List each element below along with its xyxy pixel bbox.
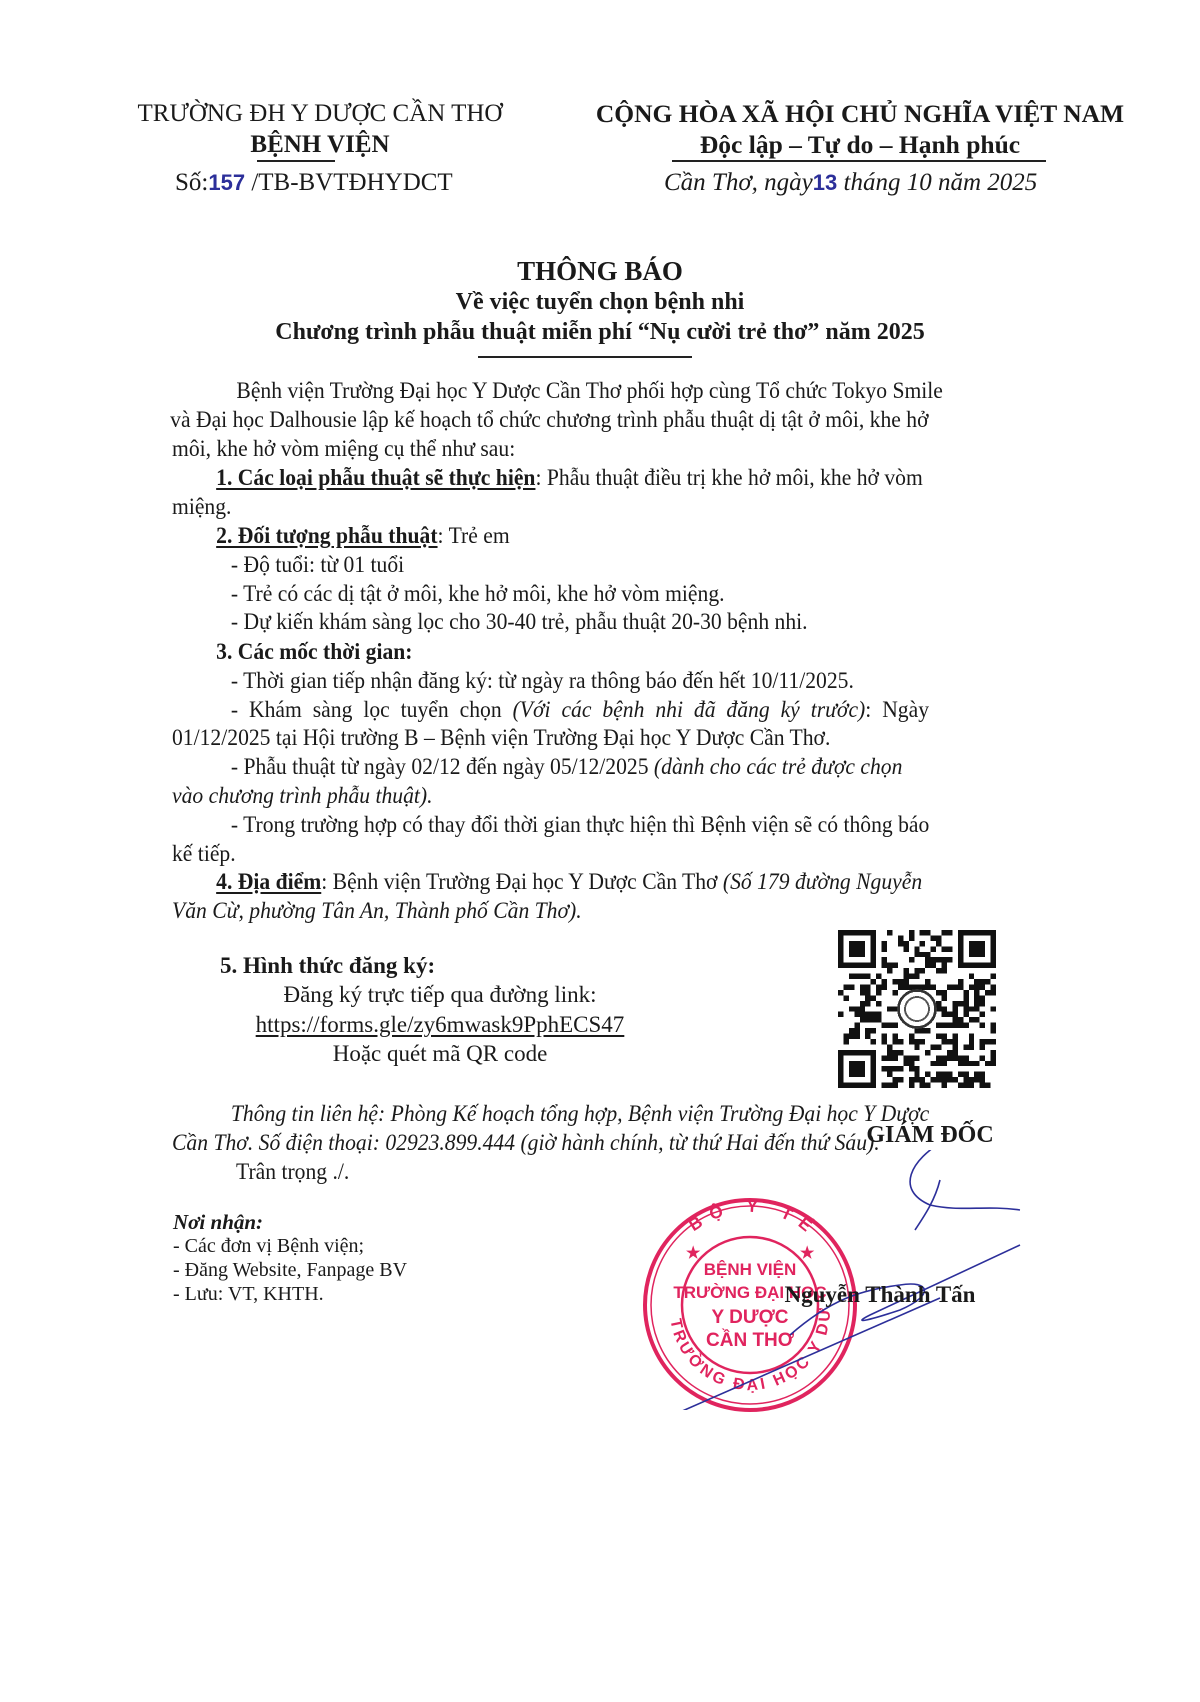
- doc-no-label: Số:: [175, 169, 208, 196]
- intro-line: và Đại học Dalhousie lập kế hoạch tổ chứ…: [170, 406, 1101, 435]
- unit-underline: [257, 160, 335, 162]
- notice-title-block: THÔNG BÁO Về việc tuyển chọn bệnh nhi Ch…: [0, 255, 1200, 347]
- motto-underline: [672, 160, 1046, 162]
- section-4-text: : Bệnh viện Trường Đại học Y Dược Cần Th…: [321, 869, 723, 895]
- title-underline: [478, 356, 692, 358]
- section-3-item: - Khám sàng lọc tuyển chọn: [231, 697, 513, 723]
- notice-subject: Về việc tuyển chọn bệnh nhi: [0, 287, 1200, 317]
- section-3-item-cont: kế tiếp.: [172, 840, 1101, 869]
- intro-line: Bệnh viện Trường Đại học Y Dược Cần Thơ …: [172, 377, 1101, 406]
- section-3: 3. Các mốc thời gian: - Thời gian tiếp n…: [172, 638, 1101, 868]
- registration-block: Đăng ký trực tiếp qua đường link: https:…: [200, 980, 680, 1069]
- signer-title: GIÁM ĐỐC: [780, 1122, 1080, 1149]
- section-2-item: - Độ tuổi: từ 01 tuổi: [231, 551, 1101, 580]
- unit-name: BỆNH VIỆN: [100, 129, 540, 160]
- doc-no-suffix: /TB-BVTĐHYDCT: [245, 169, 453, 196]
- section-3-item: : Ngày: [865, 697, 929, 723]
- recipient-item: - Đăng Website, Fanpage BV: [173, 1258, 407, 1282]
- nation-title: CỘNG HÒA XÃ HỘI CHỦ NGHĨA VIỆT NAM: [560, 98, 1160, 129]
- section-2-text: : Trẻ em: [438, 523, 510, 549]
- recipient-item: - Lưu: VT, KHTH.: [173, 1282, 407, 1306]
- section-2-item: - Trẻ có các dị tật ở môi, khe hở môi, k…: [231, 580, 1101, 609]
- section-3-label: 3. Các mốc thời gian:: [216, 638, 1101, 667]
- section-4-label: 4. Địa điểm: [216, 869, 321, 895]
- date-suffix: tháng 10 năm 2025: [837, 169, 1037, 196]
- section-3-item: - Phẫu thuật từ ngày 02/12 đến ngày 05/1…: [231, 754, 654, 780]
- registration-link[interactable]: https://forms.gle/zy6mwask9PphECS47: [256, 1012, 625, 1037]
- section-2-item: - Dự kiến khám sàng lọc cho 30-40 trẻ, p…: [231, 608, 1101, 637]
- section-1-label: 1. Các loại phẫu thuật sẽ thực hiện: [216, 465, 535, 491]
- section-4-address: (Số 179 đường Nguyễn: [723, 869, 922, 895]
- recipients: Nơi nhận: - Các đơn vị Bệnh viện; - Đăng…: [173, 1210, 407, 1306]
- section-2: 2. Đối tượng phẫu thuật: Trẻ em - Độ tuổ…: [172, 522, 1101, 637]
- section-3-item-note: (Với các bệnh nhi đã đăng ký trước): [513, 697, 866, 723]
- qr-instruction: Hoặc quét mã QR code: [200, 1039, 680, 1069]
- program-title: Chương trình phẫu thuật miễn phí “Nụ cườ…: [0, 317, 1200, 347]
- signature-area: BỘ Y TẾ TRƯỜNG ĐẠI HỌC Y DƯỢC CẦN THƠ BỆ…: [640, 1180, 1060, 1440]
- section-5-label: 5. Hình thức đăng ký:: [220, 951, 435, 980]
- notice-heading: THÔNG BÁO: [0, 255, 1200, 287]
- section-3-item-cont: 01/12/2025 tại Hội trường B – Bệnh viện …: [172, 724, 1101, 753]
- date-day-handwritten: 13: [813, 170, 837, 195]
- recipient-item: - Các đơn vị Bệnh viện;: [173, 1234, 407, 1258]
- section-5: 5. Hình thức đăng ký:: [220, 951, 435, 980]
- document-number: Số:157 /TB-BVTĐHYDCT: [175, 167, 453, 198]
- section-1: 1. Các loại phẫu thuật sẽ thực hiện: Phẫ…: [172, 464, 1101, 522]
- section-2-label: 2. Đối tượng phẫu thuật: [216, 523, 437, 549]
- recipients-title: Nơi nhận:: [173, 1210, 407, 1234]
- doc-no-handwritten: 157: [208, 170, 245, 195]
- date-label: Cần Thơ, ngày: [664, 169, 813, 196]
- handwritten-signature-icon: [640, 1150, 1060, 1410]
- section-1-text: : Phẫu thuật điều trị khe hở môi, khe hở…: [535, 465, 922, 491]
- intro-paragraph: Bệnh viện Trường Đại học Y Dược Cần Thơ …: [172, 377, 1101, 463]
- section-3-item-note: (dành cho các trẻ được chọn: [654, 754, 902, 780]
- intro-line: môi, khe hở vòm miệng cụ thể như sau:: [172, 435, 1101, 464]
- signer-name: Nguyễn Thành Tấn: [680, 1282, 1080, 1308]
- section-3-item: - Thời gian tiếp nhận đăng ký: từ ngày r…: [231, 667, 1101, 696]
- section-3-item-note-cont: vào chương trình phẫu thuật).: [172, 782, 1101, 811]
- section-1-text-cont: miệng.: [172, 493, 1101, 522]
- registration-intro: Đăng ký trực tiếp qua đường link:: [200, 980, 680, 1010]
- qr-code-icon[interactable]: [838, 930, 996, 1088]
- header-right: CỘNG HÒA XÃ HỘI CHỦ NGHĨA VIỆT NAM Độc l…: [560, 98, 1160, 160]
- header-left: TRƯỜNG ĐH Y DƯỢC CẦN THƠ BỆNH VIỆN: [100, 98, 540, 160]
- section-4: 4. Địa điểm: Bệnh viện Trường Đại học Y …: [172, 868, 1101, 926]
- issue-date: Cần Thơ, ngày13 tháng 10 năm 2025: [664, 167, 1037, 198]
- section-4-address-cont: Văn Cừ, phường Tân An, Thành phố Cần Thơ…: [172, 897, 1101, 926]
- section-3-item: - Trong trường hợp có thay đổi thời gian…: [172, 811, 1101, 840]
- org-name: TRƯỜNG ĐH Y DƯỢC CẦN THƠ: [100, 98, 540, 129]
- motto: Độc lập – Tự do – Hạnh phúc: [560, 129, 1160, 160]
